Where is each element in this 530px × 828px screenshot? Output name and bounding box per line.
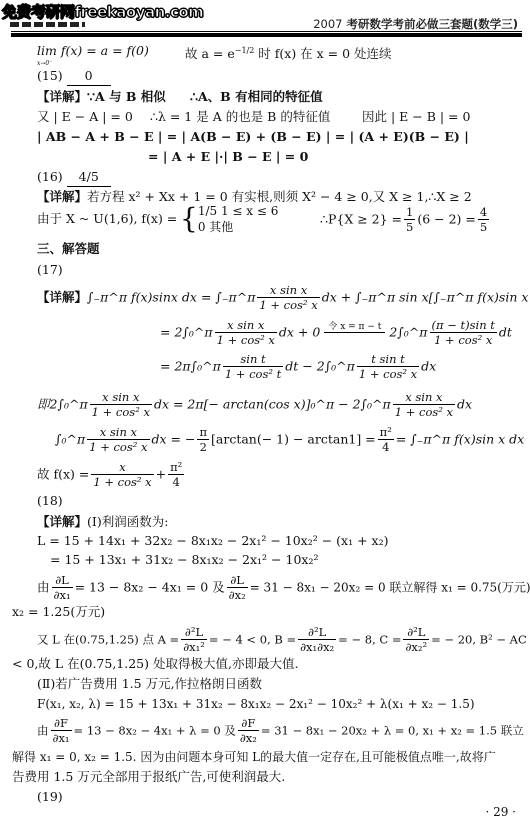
q18-profit-function: L = 15 + 14x₁ + 32x₂ − 8x₁x₂ − 2x₁² − 10… (37, 532, 388, 550)
q16-probability: ∴P{X ≥ 2} =15(6 − 2) =45 (320, 205, 491, 234)
q15-heading: (15) 0 (37, 67, 111, 86)
limit-subscript: x→0⁻ (37, 60, 52, 67)
q19-heading: (19) (37, 788, 63, 806)
q18-part2-intro: (Ⅱ)若广告费用 1.5 万元,作拉格朗日函数 (37, 675, 262, 693)
section-heading: 三、解答题 (37, 240, 100, 258)
q15-detail-1: 【详解】∵A 与 B 相似 (37, 88, 166, 106)
q17-detail-5: ∫₀^πx sin x1 + cos² xdx = −π2[arctan(− 1… (55, 425, 524, 454)
header-year: 2007 (313, 17, 342, 31)
publisher-logo (10, 22, 85, 27)
q17-detail-2: = 2∫₀^πx sin x1 + cos² xdx + 0令 x = π − … (160, 318, 512, 347)
q18-heading: (18) (37, 492, 63, 510)
q18-profit-simplified: = 15 + 13x₁ + 31x₂ − 8x₁x₂ − 2x₁² − 10x₂… (50, 551, 318, 569)
q15-detail-1b: ∴A、B 有相同的特征值 (190, 88, 323, 106)
header-rule-thick (11, 33, 522, 37)
q17-heading: (17) (37, 261, 63, 279)
q17-detail-1: 【详解】∫₋π^π f(x)sinx dx = ∫₋π^πx sin x1 + … (37, 283, 530, 312)
header-rule-thin (11, 31, 522, 32)
q18-lagrangian: F(x₁, x₂, λ) = 15 + 13x₁ + 31x₂ − 8x₁x₂ … (37, 695, 475, 713)
q16-answer: 4/5 (67, 168, 111, 187)
q18-final: 告费用 1.5 万元全部用于报纸广告,可使利润最大. (12, 768, 285, 786)
q17-detail-4: 即2∫₀^πx sin x1 + cos² xdx = 2π[− arctan(… (37, 390, 472, 419)
q18-hessian: 又 L 在(0.75,1.25) 点 A =∂²L∂x₁²= − 4 < 0, … (37, 625, 527, 654)
limit-expression: lim f(x) = a = f(0) (37, 42, 149, 60)
q15-detail-3: | AB − A + B − E | = | A(B − E) + (B − E… (37, 128, 469, 146)
watermark-logo[interactable]: 免费考研网freekaoyan.com (2, 1, 203, 22)
q15-detail-2a: 又 | E − A | = 0 (37, 108, 133, 126)
q18-x2-value: x₂ = 1.25(万元) (12, 603, 105, 621)
continuity-conclusion: 故 a = e−1/2 时 f(x) 在 x = 0 处连续 (185, 42, 392, 63)
page-number: · 29 · (485, 805, 516, 819)
q18-partial-derivatives: 由∂L∂x₁= 13 − 8x₂ − 4x₁ = 0 及∂L∂x₂= 31 − … (37, 573, 530, 602)
q15-detail-2c: 因此 | E − B | = 0 (362, 108, 470, 126)
q17-conclusion: 故 f(x) =x1 + cos² x+π²4 (37, 460, 186, 489)
q18-max-conclusion: < 0,故 L 在(0.75,1.25) 处取得极大值,亦即最大值. (12, 655, 298, 673)
substitution-label: 令 x = π − t (324, 322, 385, 333)
q16-detail-2: 由于 X ~ U(1,6), f(x) = (37, 210, 177, 228)
left-brace-icon: { (180, 202, 198, 235)
q18-detail-1: 【详解】(Ⅰ)利润函数为: (37, 513, 168, 531)
q18-solution: 解得 x₁ = 0, x₂ = 1.5. 因为由问题本身可知 L的最大值一定存在… (12, 748, 496, 766)
running-header: 2007 考研数学考前必做三套题(数学三) (313, 16, 518, 32)
q17-detail-3: = 2π∫₀^πsin t1 + cos² tdt − 2∫₀^πt sin t… (160, 352, 436, 381)
header-title-text: 考研数学考前必做三套题(数学三) (342, 17, 518, 31)
q18-lagrange-system: 由∂F∂x₁= 13 − 8x₂ − 4x₁ + λ = 0 及∂F∂x₂= 3… (37, 716, 524, 745)
q16-heading: (16) 4/5 (37, 168, 111, 187)
q15-detail-2b: ∴λ = 1 是 A 的也是 B 的特征值 (150, 108, 330, 126)
q16-piecewise: {1/5 1 ≤ x ≤ 60 其他 (180, 203, 278, 235)
q15-answer: 0 (67, 67, 111, 86)
q15-detail-4: = | A + E |·| B − E | = 0 (148, 148, 308, 166)
